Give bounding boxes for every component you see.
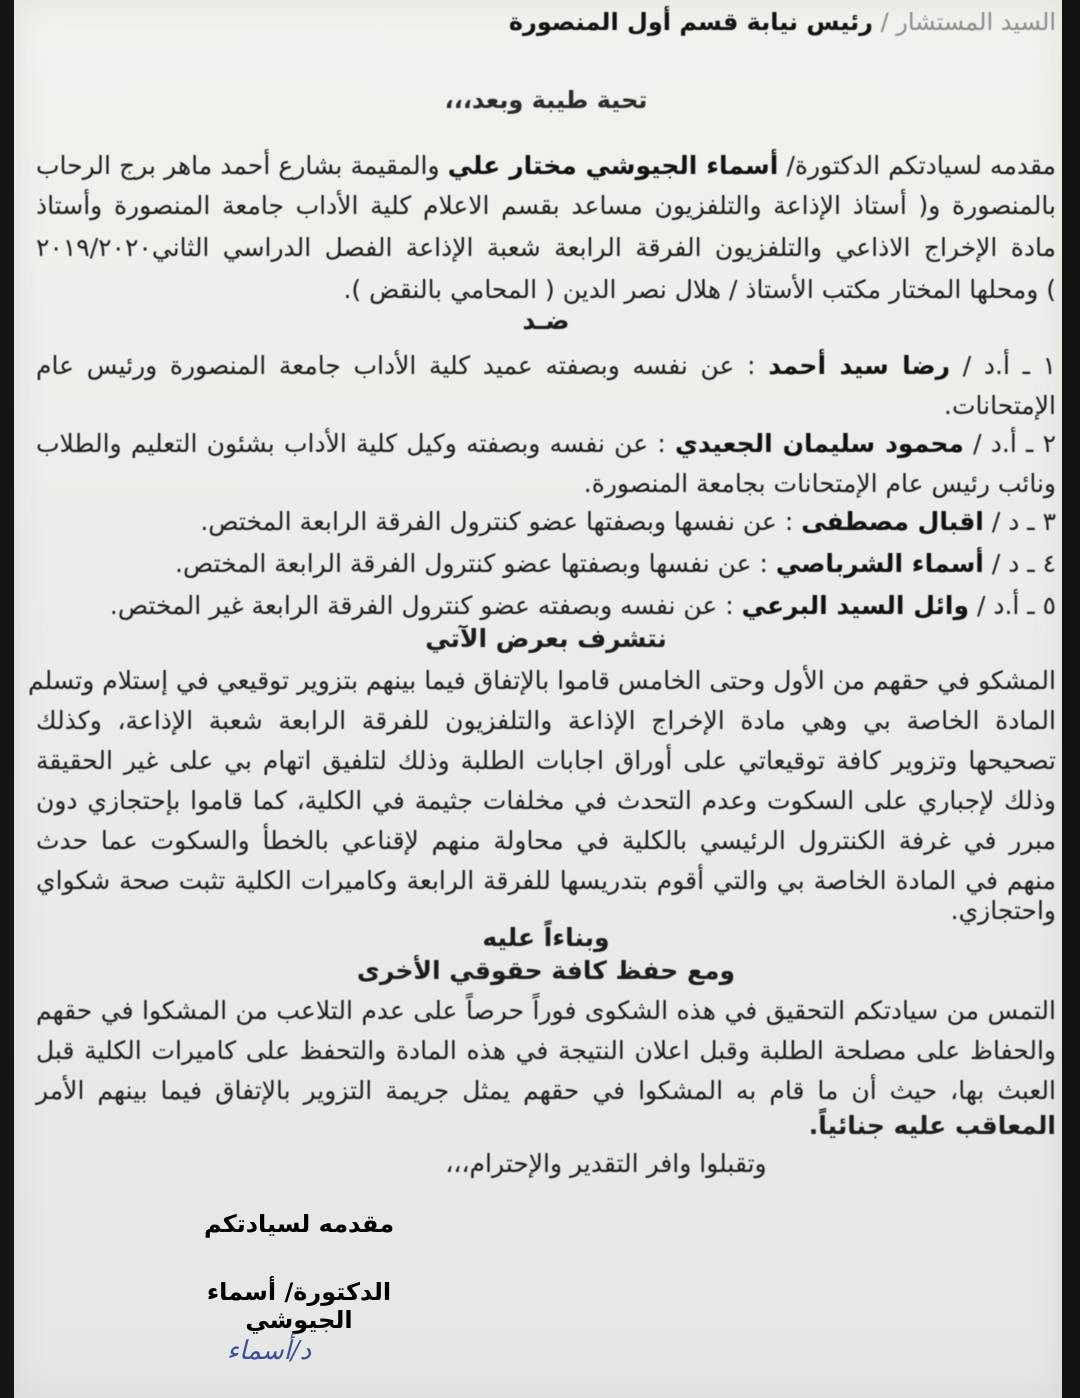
addressee: السيد المستشار / رئيس نيابة قسم أول المن…: [509, 6, 1056, 38]
body-line: تصحيحها وتزوير كافة توقيعاتي على أوراق ا…: [36, 745, 1056, 777]
presented-by: مقدمه لسيادتكم: [164, 1210, 434, 1238]
addressee-title: رئيس نيابة قسم أول المنصورة: [509, 8, 873, 36]
addressee-lead: السيد المستشار /: [881, 8, 1056, 36]
body-line: مبرر في غرفة الكنترول الرئيسي بالكلية في…: [36, 825, 1056, 857]
signature-block: مقدمه لسيادتكم الدكتورة/ أسماء الجيوشي د…: [164, 1210, 434, 1366]
defendant-4: ٤ ـ د / أسماء الشرباصي : عن نفسها وبصفته…: [175, 548, 1056, 580]
defendant-name: اقبال مصطفى: [801, 507, 984, 536]
intro-line-2: بالمنصورة و( أستاذ الإذاعة والتلفزيون مس…: [36, 190, 1056, 222]
defendant-desc: : عن نفسها وبصفتها عضو كنترول الفرقة الر…: [200, 507, 801, 536]
defendant-number: ٤ ـ د /: [984, 549, 1056, 578]
farewell: وتقبلوا وافر التقدير والإحترام،،،: [36, 1148, 1056, 1180]
request-line: العبث بها، حيث أن ما قام به المشكوا في ح…: [36, 1075, 1056, 1107]
request-line: المعاقب عليه جنائياً.: [809, 1110, 1056, 1142]
defendant-1-cont: الإمتحانات.: [944, 390, 1056, 422]
defendant-desc: : عن نفسه وبصفته عضو كنترول الفرقة الراب…: [110, 591, 742, 620]
defendant-number: ١ ـ أ.د /: [950, 351, 1056, 380]
defendant-desc: : عن نفسه وبصفته وكيل كلية الأداب بشئون …: [36, 429, 675, 458]
body-line: المادة الخاصة بي وهي مادة الإخراج الإذاع…: [36, 705, 1056, 737]
defendant-desc: : عن نفسه وبصفته عميد كلية الأداب جامعة …: [36, 351, 768, 380]
intro-line-1: مقدمه لسيادتكم الدكتورة/ أسماء الجيوشي م…: [36, 150, 1056, 182]
intro-line-3: مادة الإخراج الاذاعي والتلفزيون الفرقة ا…: [36, 232, 1056, 264]
defendant-name: رضا سيد أحمد: [768, 351, 950, 380]
defendant-3: ٣ ـ د / اقبال مصطفى : عن نفسها وبصفتها ع…: [200, 506, 1056, 538]
request-line: والحفاظ على مصلحة الطلبة وقبل اعلان النت…: [36, 1035, 1056, 1067]
defendant-number: ٣ ـ د /: [984, 507, 1056, 536]
greeting: تحية طيبة وبعد،،،: [36, 84, 1056, 116]
against-label: ضـد: [36, 305, 1056, 337]
defendant-1: ١ ـ أ.د / رضا سيد أحمد : عن نفسه وبصفته …: [36, 350, 1056, 382]
intro-line-4: ) ومحلها المختار مكتب الأستاذ / هلال نصر…: [343, 274, 1056, 306]
defendant-name: وائل السيد البرعي: [742, 591, 969, 620]
closing-heading-1: وبناءاً عليه: [36, 922, 1056, 954]
defendant-name: أسماء الشرباصي: [776, 549, 984, 578]
closing-heading-2: ومع حفظ كافة حقوقي الأخرى: [36, 955, 1056, 987]
defendant-5: ٥ ـ أ.د / وائل السيد البرعي : عن نفسه وب…: [110, 590, 1056, 622]
handwritten-signature: د/أسماء: [164, 1336, 434, 1366]
defendant-number: ٢ ـ أ.د /: [964, 429, 1056, 458]
body-line: المشكو في حقهم من الأول وحتى الخامس قامو…: [36, 665, 1056, 697]
intro-text: مقدمه لسيادتكم الدكتورة/: [778, 151, 1056, 180]
body-line: منهم في المادة الخاصة بي والتي أقوم بتدر…: [36, 865, 1056, 897]
body-line: وذلك لإجباري على السكوت وعدم التحدث في م…: [36, 785, 1056, 817]
defendant-number: ٥ ـ أ.د /: [969, 591, 1056, 620]
defendant-desc: : عن نفسها وبصفتها عضو كنترول الفرقة الر…: [175, 549, 776, 578]
photo-edge-left: [0, 0, 14, 1398]
complainant-name: أسماء الجيوشي مختار علي: [448, 151, 779, 180]
signatory-name: الدكتورة/ أسماء الجيوشي: [164, 1278, 434, 1334]
request-line: التمس من سيادتكم التحقيق في هذه الشكوى ف…: [36, 995, 1056, 1027]
defendant-2: ٢ ـ أ.د / محمود سليمان الجعيدي : عن نفسه…: [36, 428, 1056, 460]
paper-sheet: السيد المستشار / رئيس نيابة قسم أول المن…: [14, 0, 1062, 1398]
defendant-name: محمود سليمان الجعيدي: [675, 429, 964, 458]
presentation-heading: نتشرف بعرض الآتي: [36, 623, 1056, 655]
intro-text: والمقيمة بشارع أحمد ماهر برج الرحاب: [36, 151, 448, 180]
defendant-2-cont: ونائب رئيس عام الإمتحانات بجامعة المنصور…: [584, 468, 1056, 500]
photo-edge-right: [1062, 0, 1080, 1398]
